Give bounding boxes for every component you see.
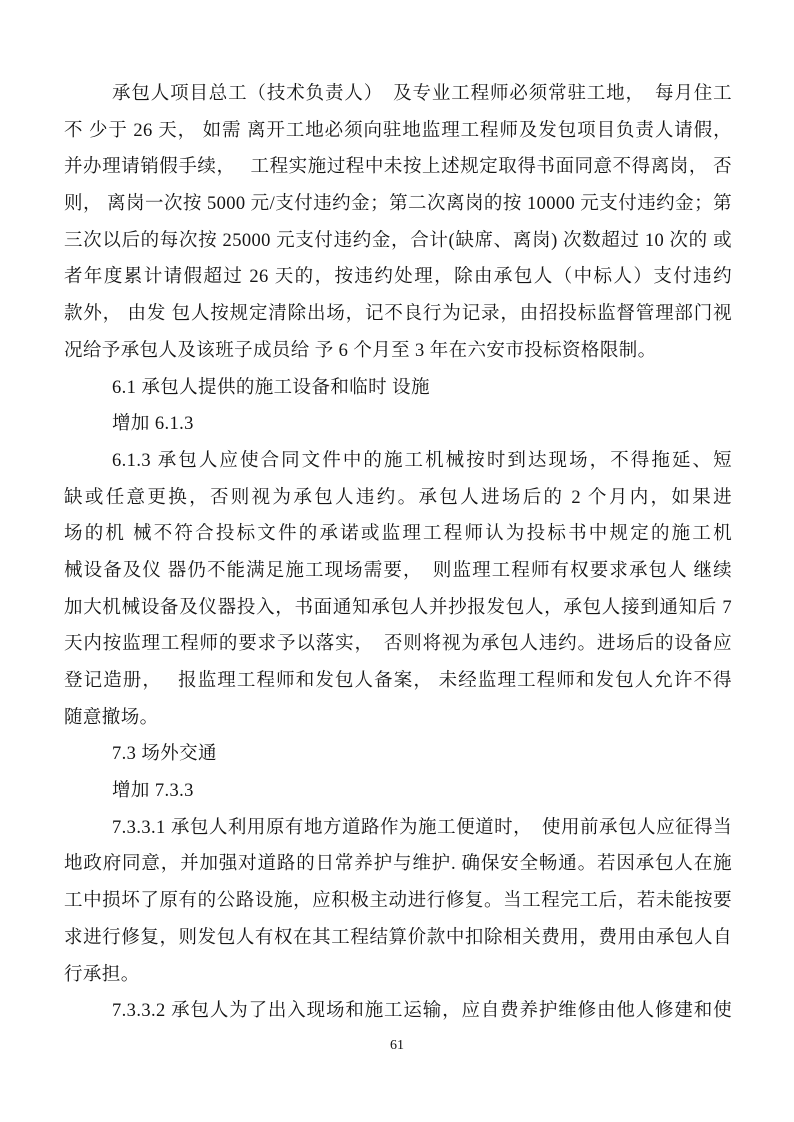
text-line: 工中损坏了原有的公路设施，应积极主动进行修复。当工程完工后，若未能按要 (64, 883, 732, 920)
paragraph-first-line: 6.1.3 承包人应使合同文件中的施工机械按时到达现场，不得拖延、短 (64, 443, 732, 480)
section-heading-7-3: 7.3 场外交通 (64, 736, 732, 773)
text-line: 天内按监理工程师的要求予以落实， 否则将视为承包人违约。进场后的设备应 (64, 626, 732, 663)
text-line: 地政府同意，并加强对道路的日常养护与维护. 确保安全畅通。若因承包人在施 (64, 846, 732, 883)
text-line: 则， 离岗一次按 5000 元/支付违约金；第二次离岗的按 10000 元支付违… (64, 186, 732, 223)
text-line: 者年度累计请假超过 26 天的，按违约处理，除由承包人（中标人）支付违约金、 罚 (64, 259, 732, 296)
document-page: 承包人项目总工（技术负责人） 及专业工程师必须常驻工地， 每月住工地 不 少于 … (0, 0, 794, 1122)
text-line: 不 少于 26 天， 如需 离开工地必须向驻地监理工程师及发包项目负责人请假， (64, 113, 732, 150)
paragraph-first-line: 7.3.3.2 承包人为了出入现场和施工运输，应自费养护维修由他人修建和使 (64, 993, 732, 1030)
paragraph-last-line: 行承担。 (64, 957, 732, 994)
paragraph-last-line: 况给予承包人及该班子成员给 予 6 个月至 3 年在六安市投标资格限制。 (64, 333, 732, 370)
section-heading-add-6-1-3: 增加 6.1.3 (64, 406, 732, 443)
section-heading-6-1: 6.1 承包人提供的施工设备和临时 设施 (64, 370, 732, 407)
page-number: 61 (0, 1036, 794, 1056)
text-line: 并办理请销假手续， 工程实施过程中未按上述规定取得书面同意不得离岗， 否 (64, 149, 732, 186)
paragraph-first-line: 承包人项目总工（技术负责人） 及专业工程师必须常驻工地， 每月住工地 (64, 76, 732, 113)
text-line: 缺或任意更换，否则视为承包人违约。承包人进场后的 2 个月内，如果进 (64, 480, 732, 517)
text-line: 加大机械设备及仪器投入，书面通知承包人并抄报发包人，承包人接到通知后 7 (64, 590, 732, 627)
text-line: 登记造册， 报监理工程师和发包人备案， 未经监理工程师和发包人允许不得 (64, 663, 732, 700)
paragraph-last-line: 随意撤场。 (64, 700, 732, 737)
text-line: 三次以后的每次按 25000 元支付违约金，合计(缺席、离岗) 次数超过 10 … (64, 223, 732, 260)
paragraph-first-line: 7.3.3.1 承包人利用原有地方道路作为施工便道时， 使用前承包人应征得当 (64, 810, 732, 847)
text-line: 场的机 械不符合投标文件的承诺或监理工程师认为投标书中规定的施工机 (64, 516, 732, 553)
text-line: 求进行修复，则发包人有权在其工程结算价款中扣除相关费用，费用由承包人自 (64, 920, 732, 957)
text-line: 械设备及仪 器仍不能满足施工现场需要， 则监理工程师有权要求承包人 继续 (64, 553, 732, 590)
text-line: 款外， 由发 包人按规定清除出场，记不良行为记录，由招投标监督管理部门视 情 (64, 296, 732, 333)
section-heading-add-7-3-3: 增加 7.3.3 (64, 773, 732, 810)
document-body: 承包人项目总工（技术负责人） 及专业工程师必须常驻工地， 每月住工地 不 少于 … (64, 76, 732, 1030)
